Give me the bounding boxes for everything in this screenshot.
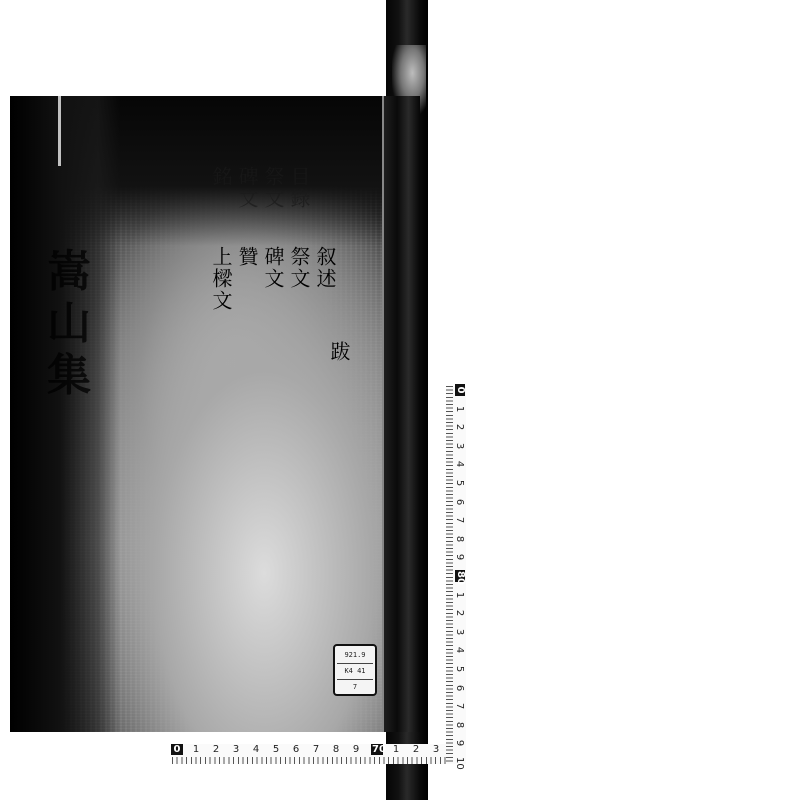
ruler-label: 5 — [454, 664, 464, 674]
table-of-contents: 目錄 祭文 碑文 銘 — [210, 166, 310, 210]
vertical-scale-ruler: 01234567898012345678910 — [446, 386, 466, 764]
toc-entry: 碑文 — [262, 246, 284, 312]
ruler-label: 4 — [251, 744, 261, 755]
ruler-label: 9 — [454, 738, 464, 748]
ruler-label: 9 — [351, 744, 361, 755]
ruler-label: 0 — [171, 744, 183, 755]
ruler-label: 5 — [271, 744, 281, 755]
toc-faint-entry: 銘 — [210, 166, 232, 210]
ruler-label: 7 — [454, 701, 464, 711]
title-char: 集 — [44, 350, 94, 402]
ruler-ticks — [446, 386, 453, 764]
ruler-label: 6 — [454, 683, 464, 693]
ruler-label: 6 — [454, 497, 464, 507]
toc-faint-entry: 碑文 — [236, 166, 258, 210]
toc-faint-entry: 祭文 — [262, 166, 284, 210]
toc-entry: 叙述 — [314, 246, 336, 312]
call-number-line: 7 — [337, 680, 373, 695]
ruler-label: 8 — [331, 744, 341, 755]
toc-trailing: 跋 — [328, 341, 350, 363]
ruler-label: 3 — [431, 744, 441, 755]
toc-entry: 祭文 — [288, 246, 310, 312]
title-char: 嵩 — [44, 246, 94, 298]
ruler-label: 7 — [311, 744, 321, 755]
ruler-label: 2 — [454, 422, 464, 432]
ruler-label: 1 — [454, 590, 464, 600]
ruler-label: 0 — [455, 384, 465, 396]
ruler-label: 8 — [454, 534, 464, 544]
table-of-contents-main: 叙述 祭文 碑文 贊 上樑文 — [210, 246, 336, 312]
ruler-label: 2 — [211, 744, 221, 755]
ruler-label: 1 — [454, 404, 464, 414]
ruler-label: 5 — [454, 478, 464, 488]
horizontal-scale-ruler: 0123456789701234 — [172, 744, 458, 764]
call-number-label: 921.9 K4 41 7 — [333, 644, 377, 696]
ruler-label: 9 — [454, 552, 464, 562]
ruler-label: 4 — [454, 459, 464, 469]
ruler-label: 3 — [454, 627, 464, 637]
ruler-label: 1 — [391, 744, 401, 755]
book-cover: 嵩 山 集 目錄 祭文 碑文 銘 叙述 祭文 碑文 贊 上樑文 跋 921.9 … — [10, 96, 420, 732]
ruler-label: 1 — [191, 744, 201, 755]
ruler-label: 7 — [454, 515, 464, 525]
ruler-label: 4 — [454, 645, 464, 655]
ruler-label: 70 — [371, 744, 383, 755]
cover-title-strip: 嵩 山 集 — [44, 246, 94, 626]
ruler-label: 80 — [455, 570, 465, 582]
title-char: 山 — [44, 298, 94, 350]
ruler-label: 3 — [454, 441, 464, 451]
toc-entry: 贊 — [236, 246, 258, 312]
call-number-line: K4 41 — [337, 664, 373, 680]
ruler-label: 8 — [454, 720, 464, 730]
ruler-label: 10 — [454, 757, 464, 767]
ruler-label: 2 — [454, 608, 464, 618]
binding-stitch-line — [382, 96, 384, 732]
ruler-ticks — [172, 757, 458, 764]
ruler-label: 3 — [231, 744, 241, 755]
toc-faint-entry: 目錄 — [288, 166, 310, 210]
toc-entry-postface: 跋 — [328, 341, 350, 363]
cover-crease — [58, 96, 61, 166]
cover-binding-edge — [382, 96, 420, 732]
toc-entry: 上樑文 — [210, 246, 232, 312]
call-number-line: 921.9 — [337, 648, 373, 664]
ruler-label: 6 — [291, 744, 301, 755]
ruler-label: 2 — [411, 744, 421, 755]
